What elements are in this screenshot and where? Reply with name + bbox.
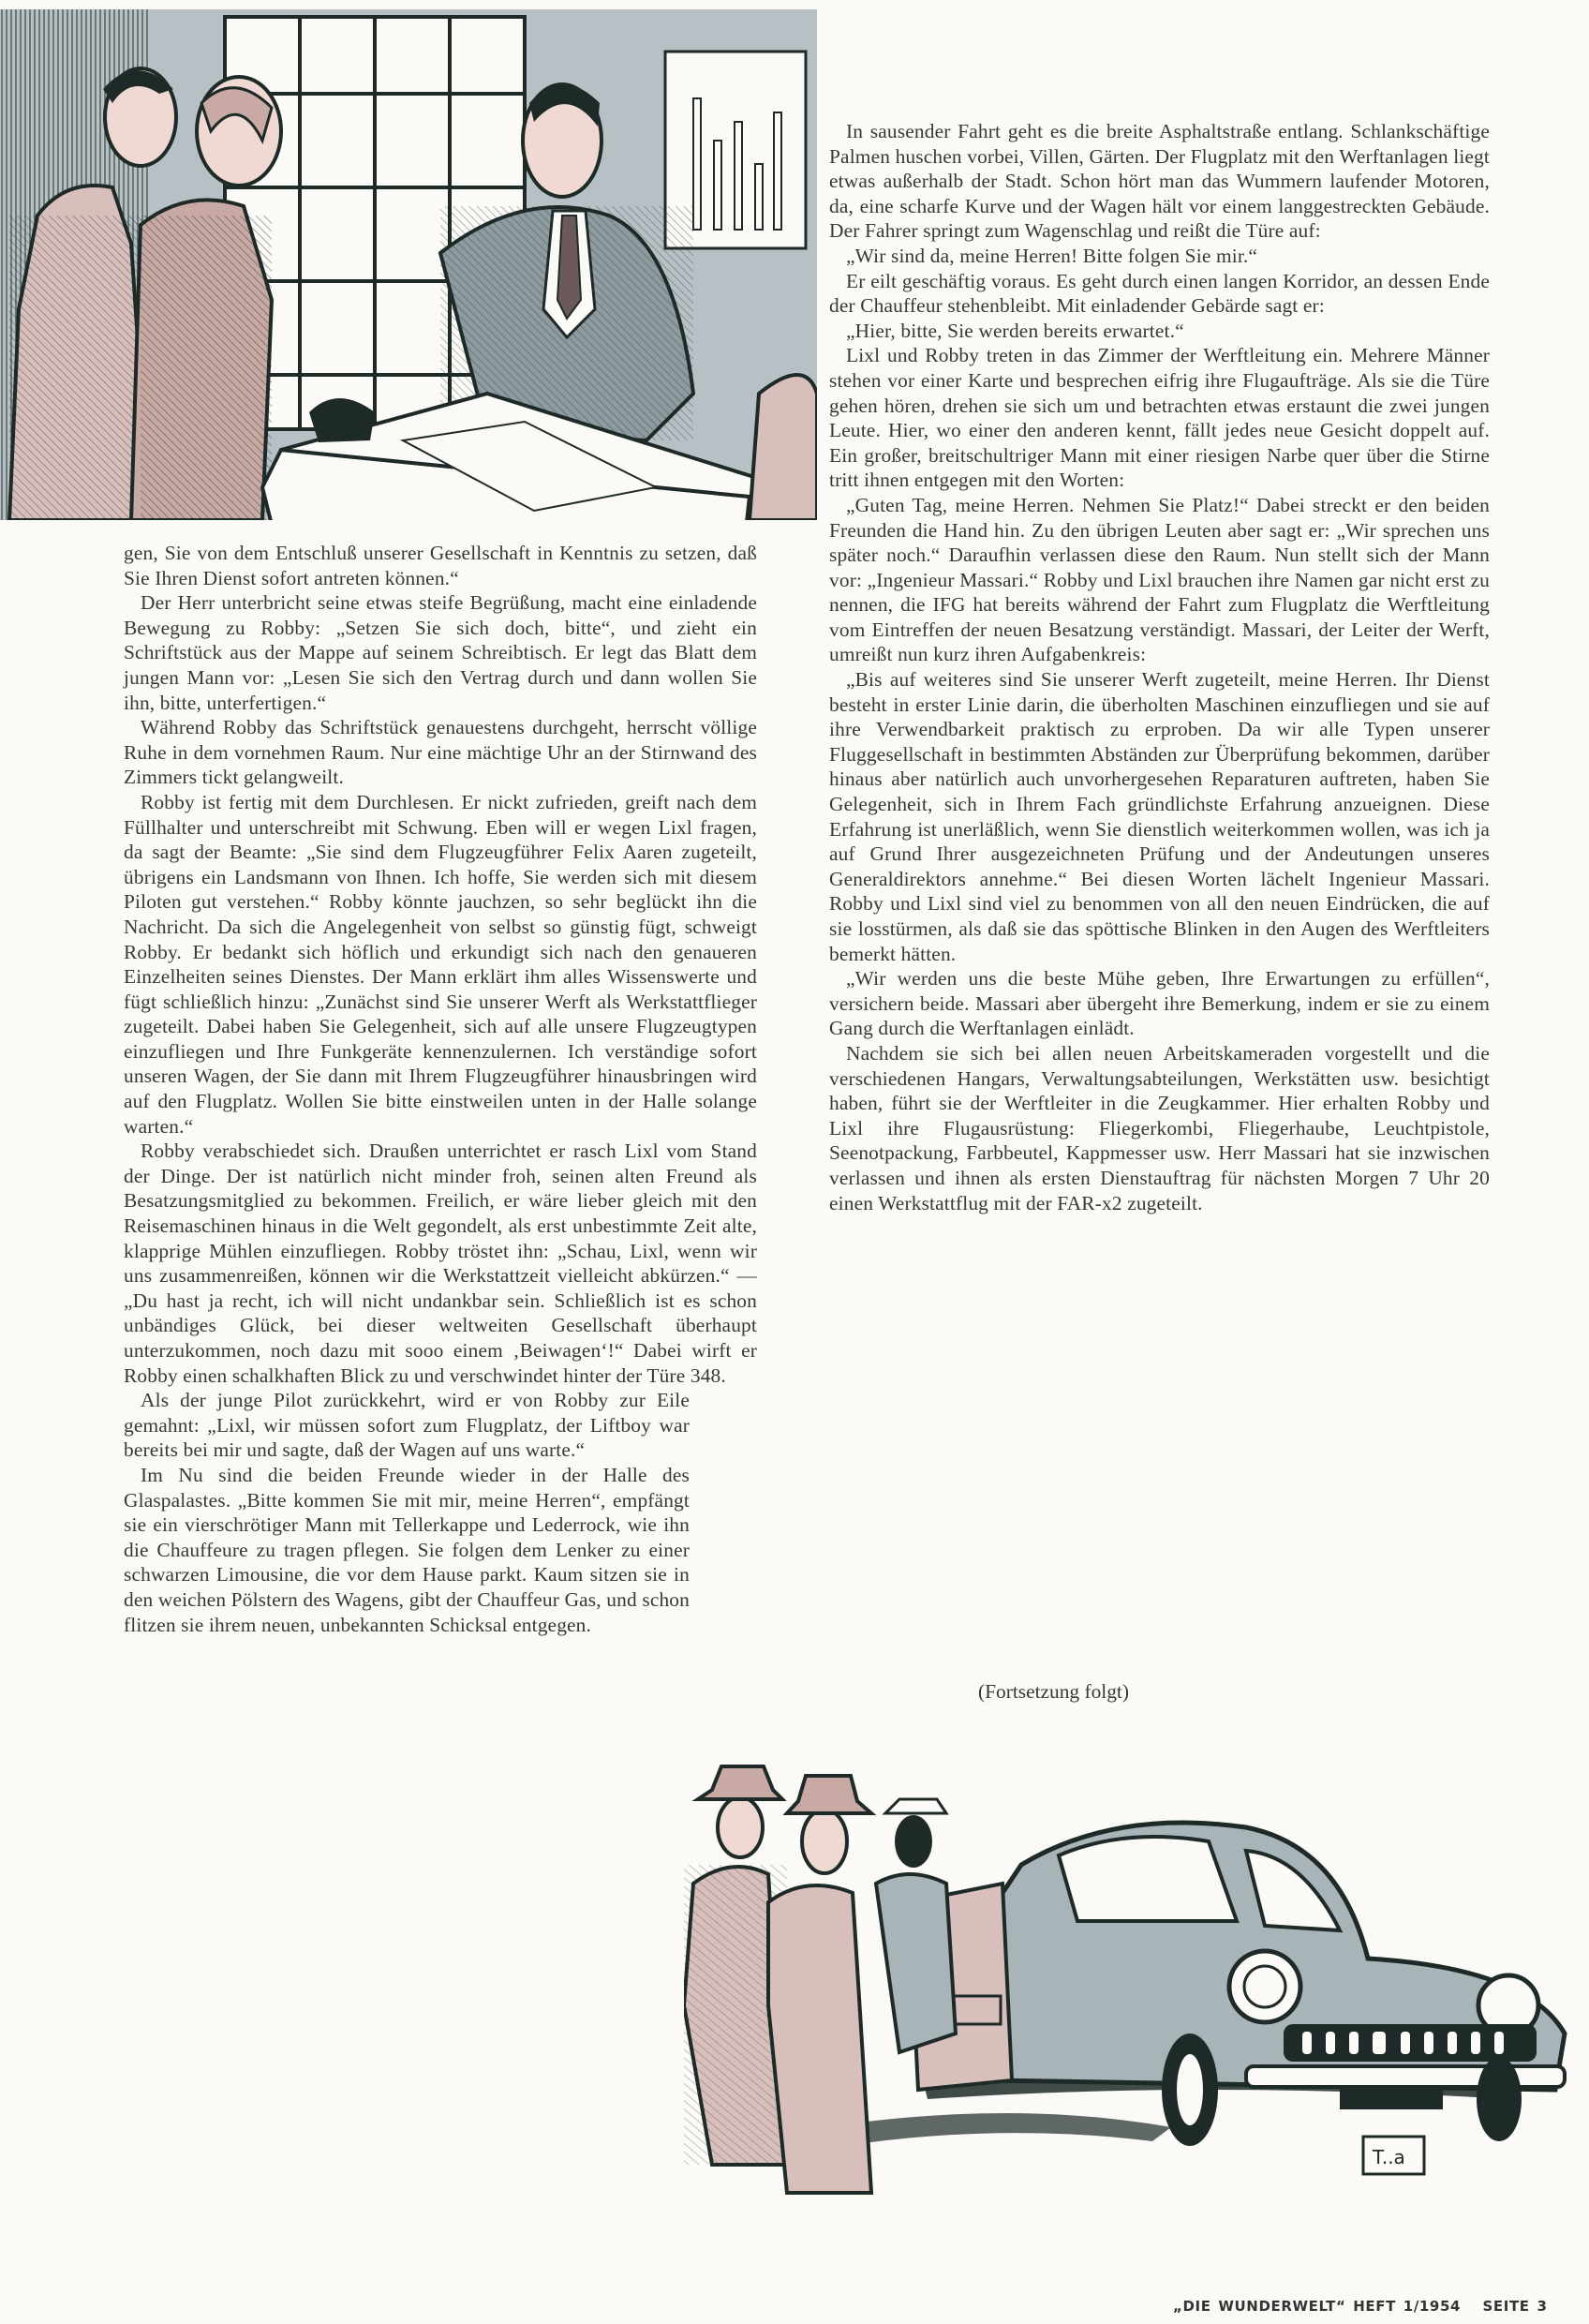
magazine-title: „DIE WUNDERWELT“ bbox=[1173, 2298, 1345, 2315]
paragraph: Robby ist fertig mit dem Durchlesen. Er … bbox=[124, 790, 757, 1139]
page-number: SEITE 3 bbox=[1483, 2298, 1548, 2315]
artist-signature: T..a bbox=[1372, 2146, 1405, 2168]
paragraph: Nachdem sie sich bei allen neuen Arbeits… bbox=[829, 1041, 1490, 1215]
paragraph: Er eilt geschäftig voraus. Es geht durch… bbox=[829, 269, 1490, 319]
paragraph: „Wir werden uns die beste Mühe geben, Ih… bbox=[829, 966, 1490, 1041]
office-scene-illustration bbox=[0, 0, 817, 520]
paragraph: „Bis auf weiteres sind Sie unserer Werft… bbox=[829, 667, 1490, 966]
issue-number: HEFT 1/1954 bbox=[1353, 2298, 1461, 2315]
paragraph: Während Robby das Schriftstück genaueste… bbox=[124, 715, 757, 790]
paragraph: Im Nu sind die beiden Freunde wieder in … bbox=[124, 1463, 690, 1637]
paragraph: Robby verabschiedet sich. Draußen unterr… bbox=[124, 1139, 757, 1388]
continuation-note: (Fortsetzung folgt) bbox=[978, 1680, 1129, 1704]
paragraph: Als der junge Pilot zurückkehrt, wird er… bbox=[124, 1388, 690, 1463]
right-text-column: In sausender Fahrt geht es die breite As… bbox=[829, 119, 1490, 1215]
paragraph: „Hier, bitte, Sie werden bereits erwarte… bbox=[829, 319, 1490, 344]
page-footer: „DIE WUNDERWELT“ HEFT 1/1954 SEITE 3 bbox=[1173, 2298, 1547, 2315]
left-text-column: gen, Sie von dem Entschluß unserer Gesel… bbox=[124, 541, 757, 1637]
paragraph: „Guten Tag, meine Herren. Nehmen Sie Pla… bbox=[829, 493, 1490, 667]
paragraph: Der Herr unterbricht seine etwas steife … bbox=[124, 590, 757, 715]
paragraph: Lixl und Robby treten in das Zimmer der … bbox=[829, 343, 1490, 493]
paragraph: In sausender Fahrt geht es die breite As… bbox=[829, 119, 1490, 244]
paragraph: „Wir sind da, meine Herren! Bitte folgen… bbox=[829, 244, 1490, 269]
chauffeur-limousine-illustration: T..a bbox=[684, 1724, 1589, 2230]
paragraph: gen, Sie von dem Entschluß unserer Gesel… bbox=[124, 541, 757, 590]
